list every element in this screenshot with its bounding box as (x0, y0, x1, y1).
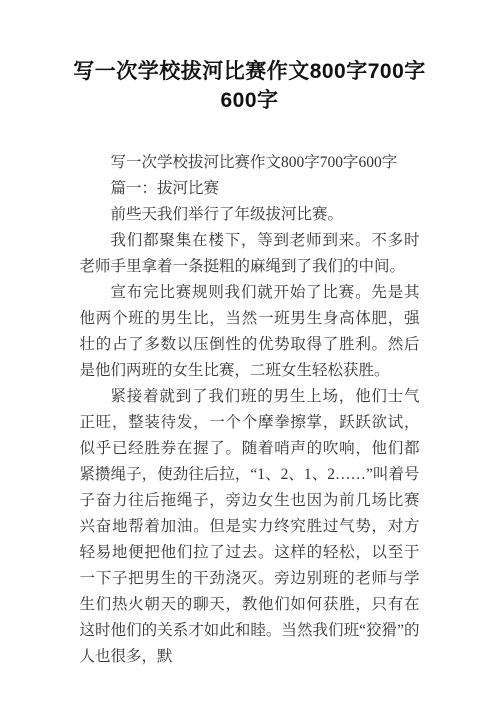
paragraph: 我们都聚集在楼下，等到老师到来。不多时老师手里拿着一条挺粗的麻绳到了我们的中间。 (80, 228, 420, 280)
paragraph: 前些天我们举行了年级拔河比赛。 (80, 202, 420, 228)
paragraph-repeated-title: 写一次学校拔河比赛作文800字700字600字 (80, 150, 420, 176)
paragraph: 紧接着就到了我们班的男生上场，他们士气正旺，整装待发，一个个摩拳擦掌，跃跃欲试，… (80, 384, 420, 670)
document-page: 写一次学校拔河比赛作文800字700字600字 写一次学校拔河比赛作文800字7… (0, 0, 499, 706)
page-title: 写一次学校拔河比赛作文800字700字600字 (69, 57, 431, 115)
paragraph: 宣布完比赛规则我们就开始了比赛。先是其他两个班的男生比，当然一班男生身高体肥，强… (80, 280, 420, 384)
essay-body: 写一次学校拔河比赛作文800字700字600字 篇一：拔河比赛 前些天我们举行了… (80, 150, 420, 670)
paragraph-section-heading: 篇一：拔河比赛 (80, 176, 420, 202)
